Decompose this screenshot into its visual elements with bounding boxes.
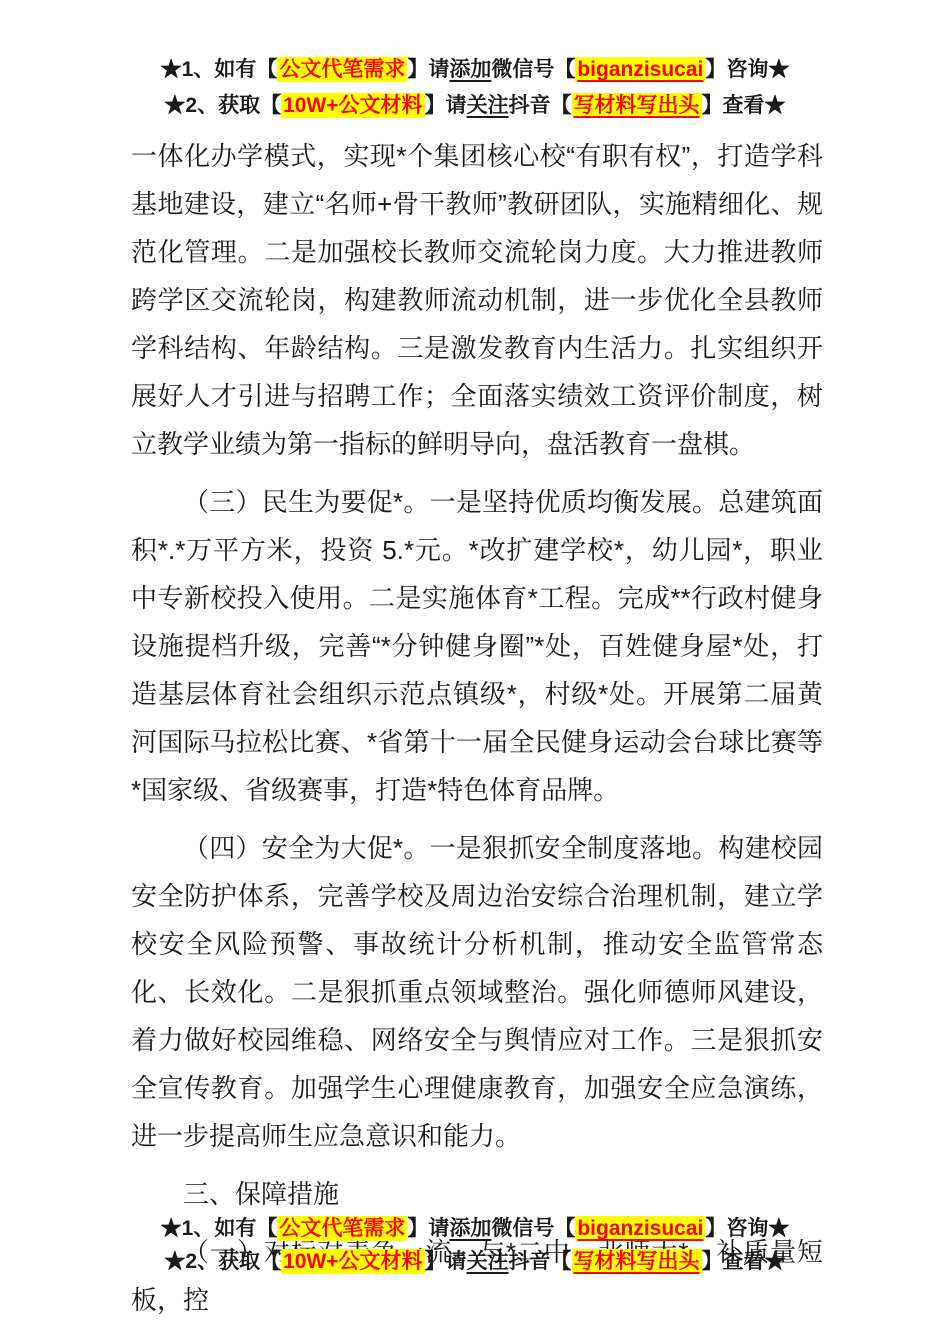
promo-segment-plain: ★2、获取【 <box>164 94 281 117</box>
promo-segment-plain: 】查看★ <box>702 94 786 117</box>
promo-segment-red-highlight-underline: 写材料写出头 <box>572 93 702 118</box>
promo-segment-underline: 关注 <box>467 94 509 117</box>
promo-segment-red-highlight: 公文代笔需求 <box>277 57 407 82</box>
promo-segment-plain: 微信号【 <box>491 58 575 81</box>
promo-segment-plain: ★1、如有【 <box>161 1217 278 1240</box>
promo-segment-red-highlight-underline: 写材料写出头 <box>572 1249 702 1274</box>
promo-segment-underline: 添加 <box>449 58 491 81</box>
promo-segment-plain: 微信号【 <box>491 1217 575 1240</box>
promo-segment-plain: 】请 <box>425 1250 467 1273</box>
promo-header: ★1、如有【公文代笔需求】请添加微信号【biganzisucai】咨询★ ★2、… <box>0 52 950 124</box>
promo-segment-plain: 抖音【 <box>509 94 572 117</box>
promo-footer-line-1: ★1、如有【公文代笔需求】请添加微信号【biganzisucai】咨询★ <box>0 1212 950 1245</box>
document-page: ★1、如有【公文代笔需求】请添加微信号【biganzisucai】咨询★ ★2、… <box>0 0 950 1344</box>
promo-segment-plain: 】请 <box>425 94 467 117</box>
promo-segment-plain: 】咨询★ <box>705 58 789 81</box>
promo-header-line-1: ★1、如有【公文代笔需求】请添加微信号【biganzisucai】咨询★ <box>0 52 950 88</box>
promo-segment-red-highlight-underline: biganzisucai <box>575 57 705 82</box>
promo-segment-underline: 添加 <box>449 1217 491 1240</box>
promo-segment-red-highlight-underline: biganzisucai <box>575 1216 705 1241</box>
promo-footer: ★1、如有【公文代笔需求】请添加微信号【biganzisucai】咨询★ ★2、… <box>0 1212 950 1278</box>
promo-segment-plain: 】咨询★ <box>705 1217 789 1240</box>
promo-segment-plain: 】请 <box>407 58 449 81</box>
promo-segment-plain: 】请 <box>407 1217 449 1240</box>
promo-segment-plain: ★2、获取【 <box>164 1250 281 1273</box>
paragraph: （三）民生为要促*。一是坚持优质均衡发展。总建筑面积*.*万平方米，投资 5.*… <box>131 478 823 814</box>
promo-segment-red-highlight: 公文代笔需求 <box>277 1216 407 1241</box>
promo-segment-underline: 关注 <box>467 1250 509 1273</box>
promo-segment-red-highlight: 10W+公文材料 <box>281 1249 424 1274</box>
promo-header-line-2: ★2、获取【10W+公文材料】请关注抖音【写材料写出头】查看★ <box>0 88 950 124</box>
paragraph: （四）安全为大促*。一是狠抓安全制度落地。构建校园安全防护体系，完善学校及周边治… <box>131 824 823 1160</box>
promo-segment-plain: 抖音【 <box>509 1250 572 1273</box>
promo-segment-plain: 】查看★ <box>702 1250 786 1273</box>
paragraph: 一体化办学模式，实现*个集团核心校“有职有权”，打造学科基地建设，建立“名师+骨… <box>131 132 823 468</box>
promo-segment-plain: ★1、如有【 <box>161 58 278 81</box>
promo-segment-red-highlight: 10W+公文材料 <box>281 93 424 118</box>
promo-footer-line-2: ★2、获取【10W+公文材料】请关注抖音【写材料写出头】查看★ <box>0 1245 950 1278</box>
document-body: 一体化办学模式，实现*个集团核心校“有职有权”，打造学科基地建设，建立“名师+骨… <box>131 132 823 1334</box>
section-heading: 三、保障措施 <box>131 1170 823 1218</box>
